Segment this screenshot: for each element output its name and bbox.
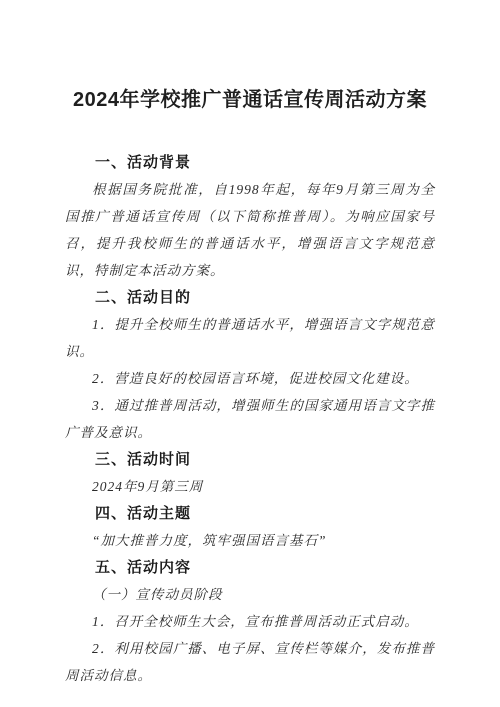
section-heading: 四、活动主题 — [65, 500, 435, 527]
section-activity-background: 一、活动背景 根据国务院批准，自1998年起，每年9月第三周为全国推广普通话宣传… — [65, 149, 435, 284]
section-heading: 三、活动时间 — [65, 446, 435, 473]
section-heading: 五、活动内容 — [65, 554, 435, 581]
numbered-item: 2．营造良好的校园语言环境，促进校园文化建设。 — [65, 365, 435, 392]
numbered-item: 1．提升全校师生的普通话水平，增强语言文字规范意识。 — [65, 311, 435, 365]
paragraph: 2024年9月第三周 — [65, 473, 435, 500]
document-page: 2024年学校推广普通话宣传周活动方案 一、活动背景 根据国务院批准，自1998… — [0, 0, 500, 707]
section-heading: 一、活动背景 — [65, 149, 435, 176]
numbered-item: 2．利用校园广播、电子屏、宣传栏等媒介，发布推普周活动信息。 — [65, 635, 435, 689]
paragraph: 根据国务院批准，自1998年起，每年9月第三周为全国推广普通话宣传周（以下简称推… — [65, 176, 435, 284]
document-body: 一、活动背景 根据国务院批准，自1998年起，每年9月第三周为全国推广普通话宣传… — [65, 149, 435, 689]
section-activity-time: 三、活动时间 2024年9月第三周 — [65, 446, 435, 500]
section-activity-theme: 四、活动主题 “加大推普力度，筑牢强国语言基石” — [65, 500, 435, 554]
theme-quote: “加大推普力度，筑牢强国语言基石” — [65, 527, 435, 554]
numbered-item: 1．召开全校师生大会，宣布推普周活动正式启动。 — [65, 608, 435, 635]
numbered-item: 3．通过推普周活动，增强师生的国家通用语言文字推广普及意识。 — [65, 392, 435, 446]
section-activity-content: 五、活动内容 （一）宣传动员阶段 1．召开全校师生大会，宣布推普周活动正式启动。… — [65, 554, 435, 689]
document-title: 2024年学校推广普通话宣传周活动方案 — [65, 88, 435, 113]
section-activity-purpose: 二、活动目的 1．提升全校师生的普通话水平，增强语言文字规范意识。 2．营造良好… — [65, 284, 435, 446]
document-content: 2024年学校推广普通话宣传周活动方案 一、活动背景 根据国务院批准，自1998… — [65, 0, 435, 689]
sub-heading: （一）宣传动员阶段 — [65, 581, 435, 608]
section-heading: 二、活动目的 — [65, 284, 435, 311]
